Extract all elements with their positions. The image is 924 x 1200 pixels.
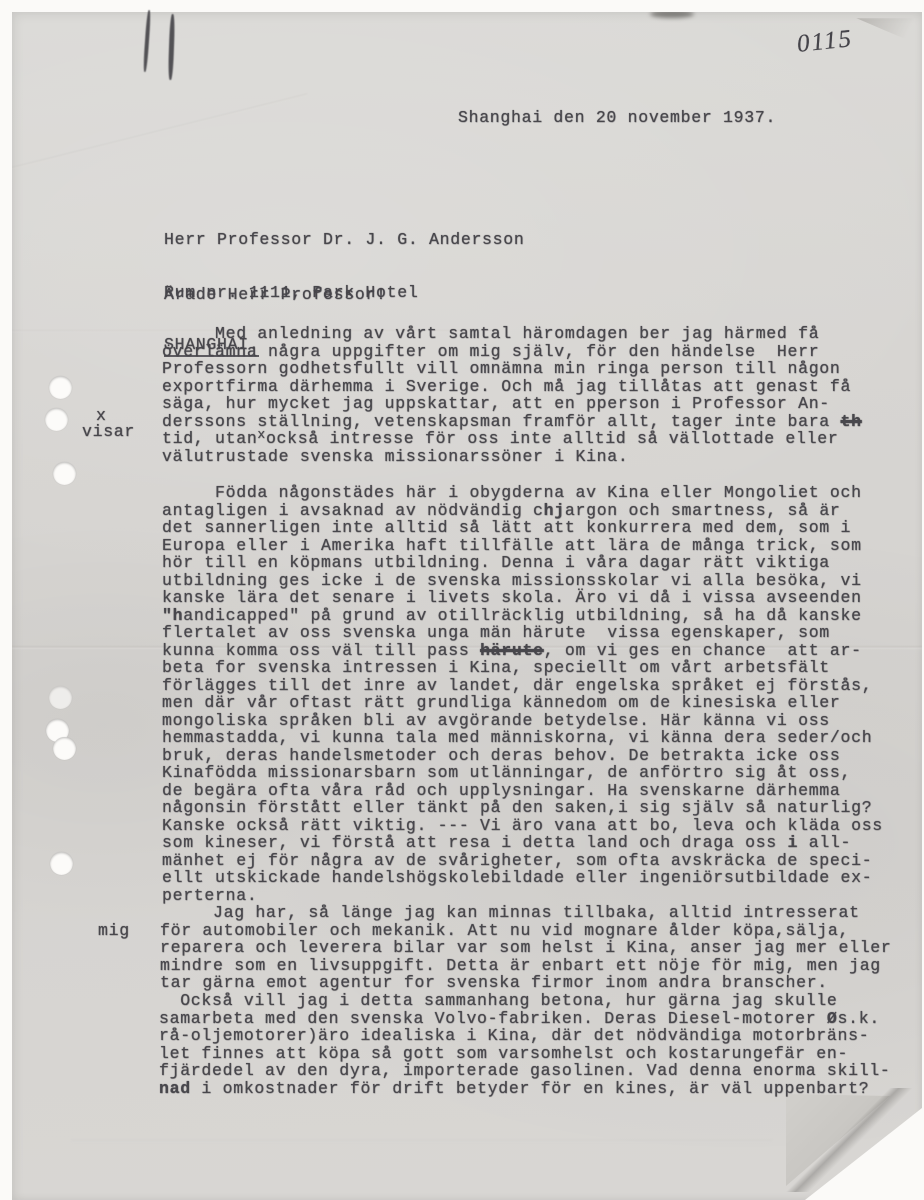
letter-line: men där vår oftast rätt grundliga känned… — [162, 694, 883, 712]
letter-line: Professorn godhetsfullt vill omnämna min… — [162, 360, 862, 378]
letter-paragraph: Födda någonstädes här i obygderna av Kin… — [162, 484, 883, 904]
letter-paragraph: Jag har, så länge jag kan minnas tillbak… — [160, 904, 892, 992]
letter-line: Jag har, så länge jag kan minnas tillbak… — [160, 904, 892, 922]
letter-line: för automobiler och mekanik. Att nu vid … — [160, 922, 892, 940]
punch-hole — [45, 408, 68, 431]
punch-hole — [49, 686, 72, 709]
letter-line: överlämna några uppgifter om mig själv, … — [162, 343, 862, 361]
letter-line: hemmastadda, vi kunna tala med människor… — [162, 729, 883, 747]
letter-line: perterna. — [162, 887, 883, 905]
letter-line: let finnes att köpa så gott som varsomhe… — [159, 1045, 891, 1063]
letter-line: välutrustade svenska missionarssöner i K… — [162, 448, 862, 466]
letter-line: antagligen i avsaknad av nödvändig chjar… — [162, 502, 883, 520]
letter-line: mongoliska språken bli av avgörande bety… — [162, 712, 883, 730]
margin-note-visar: visar — [82, 423, 135, 441]
letter-line: säga, hur mycket jag uppskattar, att en … — [162, 395, 862, 413]
letter-line: förlägges till det inre av landet, där e… — [162, 677, 883, 695]
letter-line: tar gärna emot agentur for svenska firmo… — [160, 974, 892, 992]
letter-line: Europa eller i Amerika haft tillfälle at… — [162, 537, 883, 555]
punch-hole — [49, 376, 72, 399]
letter-line: exportfirma därhemma i Sverige. Och må j… — [162, 378, 862, 396]
letter-line: flertalet av oss svenska unga män härute… — [162, 624, 883, 642]
letter-line: Kinafödda missionarsbarn som utlänningar… — [162, 764, 883, 782]
letter-line: nad i omkostnader för drift betyder för … — [159, 1080, 891, 1098]
scanned-letter-page: { "colors":{"paper":"#d7d5d2","ink":"#48… — [0, 0, 924, 1200]
crease-line — [0, 93, 307, 172]
letter-line: Kanske också rätt viktig. --- Vi äro van… — [162, 817, 883, 835]
letter-paragraph: Med anledning av vårt samtal häromdagen … — [162, 325, 862, 465]
punch-hole — [53, 737, 76, 760]
letter-line: kunna komma oss väl till pass härute, om… — [162, 642, 883, 660]
letter-line: fjärdedel av den dyra, importerade gasol… — [159, 1062, 891, 1080]
letter-line: Födda någonstädes här i obygderna av Kin… — [162, 484, 883, 502]
letter-line: de begära ofta våra råd och upplysningar… — [162, 782, 883, 800]
letter-line: hör till en köpmans utbildning. Denna i … — [162, 554, 883, 572]
ink-smudge — [650, 10, 694, 18]
letter-line: reparera och leverera bilar var som hels… — [160, 939, 892, 957]
letter-line: kanske lära det senare i livets skola. Ä… — [162, 589, 883, 607]
margin-note-mig: mig — [98, 922, 130, 940]
letter-line: beta for svenska intressen i Kina, speci… — [162, 659, 883, 677]
letter-line: bruk, deras handelsmetoder och deras beh… — [162, 747, 883, 765]
letter-date: Shanghai den 20 november 1937. — [458, 109, 776, 127]
letter-paragraph: Också vill jag i detta sammanhang betona… — [159, 992, 891, 1097]
letter-line: samarbeta med den svenska Volvo-fabriken… — [159, 1010, 891, 1028]
crease-line — [72, 1140, 772, 1142]
punch-hole — [50, 852, 73, 875]
letter-line: utbildning ges icke i de svenska mission… — [162, 572, 883, 590]
salutation: Ärade Herr Professor! — [164, 286, 387, 304]
letter-line: det sannerligen inte alltid så lätt att … — [162, 519, 883, 537]
torn-corner-mark — [856, 18, 924, 48]
letter-line: "handicapped" på grund av otillräcklig u… — [162, 607, 883, 625]
letter-line: rå-oljemotorer)äro idealiska i Kina, där… — [159, 1027, 891, 1045]
page-number-annotation: 0115 — [796, 25, 855, 59]
recipient-line: Herr Professor Dr. J. G. Andersson — [164, 231, 524, 249]
letter-line: någonsin förstått eller tänkt på den sak… — [162, 799, 883, 817]
letter-line: mindre som en livsuppgift. Detta är enba… — [160, 957, 892, 975]
letter-line: derssons ställning, vetenskapsman framfö… — [162, 413, 862, 431]
letter-line: Också vill jag i detta sammanhang betona… — [159, 992, 891, 1010]
letter-line: tid, utanxockså intresse för oss inte al… — [162, 430, 862, 448]
letter-line: mänhet ej för några av de svårigheter, s… — [162, 852, 883, 870]
letter-line: ellt utskickade handelshögskolebildade e… — [162, 869, 883, 887]
punch-hole — [53, 462, 76, 485]
letter-line: som kineser, vi förstå att resa i detta … — [162, 834, 883, 852]
letter-line: Med anledning av vårt samtal häromdagen … — [162, 325, 862, 343]
